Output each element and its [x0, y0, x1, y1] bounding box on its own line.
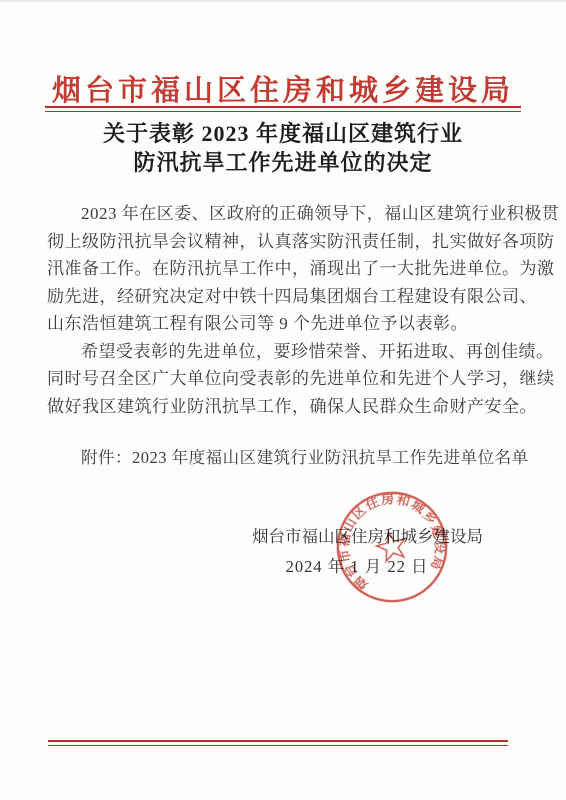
body-line: 同时号召全区广大单位向受表彰的先进单位和先进个人学习，继续 — [47, 365, 519, 393]
document-title-line2: 防汛抗旱工作先进单位的决定 — [0, 148, 566, 177]
body-line: 彻上级防汛抗旱会议精神，认真落实防汛责任制，扎实做好各项防 — [47, 228, 519, 256]
body-line: 励先进，经研究决定对中铁十四局集团烟台工程建设有限公司、 — [47, 283, 519, 311]
body-line: 2023 年在区委、区政府的正确领导下，福山区建筑行业积极贯 — [47, 200, 519, 228]
header-divider-rule — [45, 106, 521, 112]
document-title: 关于表彰 2023 年度福山区建筑行业 防汛抗旱工作先进单位的决定 — [0, 119, 566, 177]
star-icon — [374, 528, 409, 562]
document-title-line1: 关于表彰 2023 年度福山区建筑行业 — [0, 119, 566, 148]
body-line: 做好我区建筑行业防汛抗旱工作，确保人民群众生命财产安全。 — [47, 393, 519, 421]
body-line: 希望受表彰的先进单位，要珍惜荣誉、开拓进取、再创佳绩。 — [47, 338, 519, 366]
attachment-reference: 附件：2023 年度福山区建筑行业防汛抗旱工作先进单位名单 — [47, 444, 553, 468]
scan-edge-artifact — [0, 0, 566, 2]
document-body: 2023 年在区委、区政府的正确领导下，福山区建筑行业积极贯 彻上级防汛抗旱会议… — [47, 200, 519, 420]
document-page: 烟台市福山区住房和城乡建设局 关于表彰 2023 年度福山区建筑行业 防汛抗旱工… — [0, 0, 566, 800]
official-seal-stamp: 烟台市福山区住房和城乡建设局 — [322, 477, 463, 618]
body-line: 山东浩恒建筑工程有限公司等 9 个先进单位予以表彰。 — [47, 310, 519, 338]
footer-divider-rule — [48, 740, 508, 746]
issuer-header: 烟台市福山区住房和城乡建设局 — [0, 68, 566, 109]
body-line: 汛准备工作。在防汛抗旱工作中，涌现出了一大批先进单位。为激 — [47, 255, 519, 283]
